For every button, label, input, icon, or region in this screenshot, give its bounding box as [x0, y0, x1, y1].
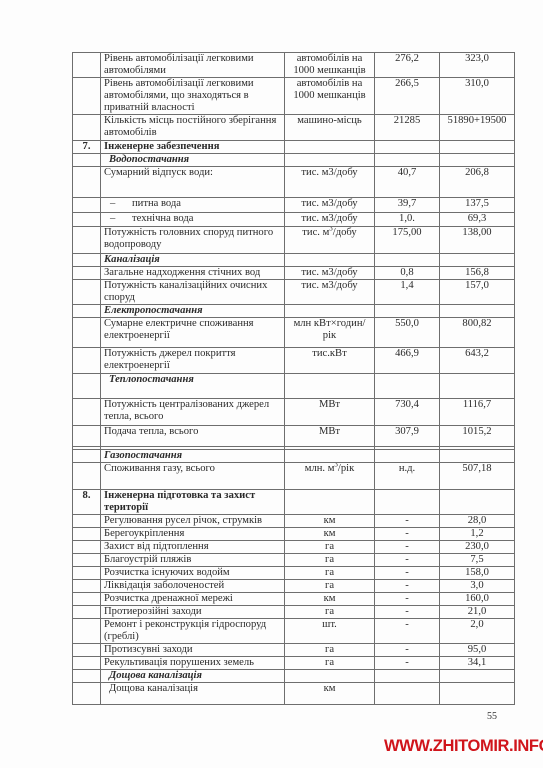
- unit-of-measure: тис. м3/добу: [285, 227, 375, 254]
- value-projected: 138,00: [440, 227, 515, 254]
- indicator-name: Інженерне забезпечення: [101, 141, 285, 154]
- list-dash: –: [104, 213, 132, 225]
- value-existing: [375, 141, 440, 154]
- row-index: [73, 657, 101, 670]
- unit-text: тис. м: [302, 227, 329, 238]
- value-projected: [440, 490, 515, 515]
- unit-of-measure: МВт: [285, 426, 375, 447]
- value-projected: 323,0: [440, 53, 515, 78]
- value-existing: [375, 305, 440, 318]
- value-existing: 21285: [375, 115, 440, 141]
- value-projected: 507,18: [440, 463, 515, 490]
- value-projected: 157,0: [440, 280, 515, 305]
- unit-of-measure: МВт: [285, 399, 375, 426]
- value-projected: [440, 141, 515, 154]
- table-row: Захист від підтопленняга-230,0: [73, 541, 515, 554]
- table-row: Кількість місць постійного зберігання ав…: [73, 115, 515, 141]
- row-index: [73, 399, 101, 426]
- unit-of-measure: [285, 490, 375, 515]
- value-projected: 156,8: [440, 267, 515, 280]
- list-dash: –: [104, 198, 132, 210]
- table-row: 8.Інженерна підготовка та захист територ…: [73, 490, 515, 515]
- indicator-name: Інженерна підготовка та захист території: [101, 490, 285, 515]
- unit-of-measure: га: [285, 580, 375, 593]
- value-projected: 51890+19500: [440, 115, 515, 141]
- unit-of-measure: га: [285, 606, 375, 619]
- unit-of-measure: тис. м3/добу: [285, 280, 375, 305]
- value-existing: 730,4: [375, 399, 440, 426]
- table-row: –питна водатис. м3/добу39,7137,5: [73, 198, 515, 213]
- indicator-name: Дощова каналізація: [101, 670, 285, 683]
- row-index: [73, 254, 101, 267]
- unit-of-measure: км: [285, 515, 375, 528]
- value-existing: [375, 670, 440, 683]
- table-row: Потужність каналізаційних очисних споруд…: [73, 280, 515, 305]
- row-index: [73, 683, 101, 705]
- table-row: Загальне надходження стічних водтис. м3/…: [73, 267, 515, 280]
- table-row: Каналізація: [73, 254, 515, 267]
- indicator-name: Протиерозійні заходи: [101, 606, 285, 619]
- site-watermark: WWW.ZHITOMIR.INFO: [384, 737, 543, 756]
- value-existing: [375, 254, 440, 267]
- value-existing: -: [375, 580, 440, 593]
- table-row: Рекультивація порушених земельга-34,1: [73, 657, 515, 670]
- row-index: [73, 115, 101, 141]
- indicator-name: –технічна вода: [101, 213, 285, 227]
- value-projected: 21,0: [440, 606, 515, 619]
- value-projected: 160,0: [440, 593, 515, 606]
- row-index: [73, 644, 101, 657]
- unit-text-tail: /добу: [333, 227, 357, 238]
- row-index: [73, 670, 101, 683]
- unit-text-tail: /рік: [338, 463, 354, 474]
- value-existing: 175,00: [375, 227, 440, 254]
- value-projected: [440, 450, 515, 463]
- indicator-name-text: технічна вода: [132, 213, 193, 224]
- unit-of-measure: [285, 141, 375, 154]
- indicator-name: Електропостачання: [101, 305, 285, 318]
- unit-of-measure: га: [285, 554, 375, 567]
- value-projected: [440, 154, 515, 167]
- row-index: [73, 305, 101, 318]
- value-existing: [375, 490, 440, 515]
- value-projected: 800,82: [440, 318, 515, 348]
- table-row: Потужність централізованих джерел тепла,…: [73, 399, 515, 426]
- indicator-name: Протизсувні заходи: [101, 644, 285, 657]
- document-page: Рівень автомобілізації легковими автомоб…: [0, 0, 543, 768]
- table-row: –технічна водатис. м3/добу1,0.69,3: [73, 213, 515, 227]
- value-existing: [375, 154, 440, 167]
- value-projected: [440, 374, 515, 399]
- value-projected: 28,0: [440, 515, 515, 528]
- table-row: Дощова каналізація: [73, 670, 515, 683]
- unit-of-measure: км: [285, 683, 375, 705]
- table-row: Потужність джерел покриття електроенергі…: [73, 348, 515, 374]
- row-index: 7.: [73, 141, 101, 154]
- table-row: Дощова каналізаціякм: [73, 683, 515, 705]
- unit-of-measure: га: [285, 644, 375, 657]
- value-existing: -: [375, 606, 440, 619]
- table-row: Подача тепла, всьогоМВт307,91015,2: [73, 426, 515, 447]
- row-index: [73, 227, 101, 254]
- value-projected: 3,0: [440, 580, 515, 593]
- row-index: [73, 267, 101, 280]
- value-projected: 1116,7: [440, 399, 515, 426]
- table-row: Ремонт і реконструкція гідроспоруд (греб…: [73, 619, 515, 644]
- value-existing: 40,7: [375, 167, 440, 198]
- indicator-name: Ліквідація заболоченостей: [101, 580, 285, 593]
- indicator-name: Загальне надходження стічних вод: [101, 267, 285, 280]
- indicator-name: Регулювання русел річок, струмків: [101, 515, 285, 528]
- value-existing: 550,0: [375, 318, 440, 348]
- table-row: Розчистка існуючих водоймга-158,0: [73, 567, 515, 580]
- table-row: Електропостачання: [73, 305, 515, 318]
- unit-of-measure: машино-місць: [285, 115, 375, 141]
- table-row: Благоустрій пляжівга-7,5: [73, 554, 515, 567]
- value-projected: 206,8: [440, 167, 515, 198]
- table-row: Протиерозійні заходига-21,0: [73, 606, 515, 619]
- table-row: Сумарний відпуск води:тис. м3/добу40,720…: [73, 167, 515, 198]
- table-row: Розчистка дренажної мережікм-160,0: [73, 593, 515, 606]
- unit-of-measure: га: [285, 567, 375, 580]
- indicator-name: Газопостачання: [101, 450, 285, 463]
- table-row: Протизсувні заходига-95,0: [73, 644, 515, 657]
- indicator-name: Каналізація: [101, 254, 285, 267]
- unit-of-measure: га: [285, 657, 375, 670]
- indicator-name: Подача тепла, всього: [101, 426, 285, 447]
- unit-of-measure: млн. м3/рік: [285, 463, 375, 490]
- unit-of-measure: автомобілів на 1000 мешканців: [285, 53, 375, 78]
- row-index: 8.: [73, 490, 101, 515]
- table-row: Сумарне електричне споживання електроене…: [73, 318, 515, 348]
- indicator-name: Благоустрій пляжів: [101, 554, 285, 567]
- value-projected: 34,1: [440, 657, 515, 670]
- indicator-name: Захист від підтоплення: [101, 541, 285, 554]
- indicator-name: Споживання газу, всього: [101, 463, 285, 490]
- page-number: 55: [487, 711, 497, 722]
- value-existing: -: [375, 528, 440, 541]
- indicator-name: Дощова каналізація: [101, 683, 285, 705]
- table-row: Регулювання русел річок, струмківкм-28,0: [73, 515, 515, 528]
- value-projected: [440, 683, 515, 705]
- unit-of-measure: тис. м3/добу: [285, 167, 375, 198]
- unit-text: млн. м: [305, 463, 335, 474]
- unit-of-measure: тис. м3/добу: [285, 267, 375, 280]
- indicator-name: Рівень автомобілізації легковими автомоб…: [101, 53, 285, 78]
- row-index: [73, 463, 101, 490]
- value-existing: -: [375, 619, 440, 644]
- table-row: Рівень автомобілізації легковими автомоб…: [73, 78, 515, 115]
- unit-of-measure: тис.кВт: [285, 348, 375, 374]
- value-projected: 158,0: [440, 567, 515, 580]
- row-index: [73, 619, 101, 644]
- engineering-indicators-table: Рівень автомобілізації легковими автомоб…: [72, 52, 515, 705]
- row-index: [73, 593, 101, 606]
- unit-of-measure: [285, 254, 375, 267]
- row-index: [73, 53, 101, 78]
- value-projected: 95,0: [440, 644, 515, 657]
- row-index: [73, 374, 101, 399]
- indicator-name: Сумарний відпуск води:: [101, 167, 285, 198]
- row-index: [73, 515, 101, 528]
- value-existing: -: [375, 593, 440, 606]
- unit-of-measure: [285, 670, 375, 683]
- value-existing: [375, 374, 440, 399]
- indicator-name: –питна вода: [101, 198, 285, 213]
- unit-of-measure: га: [285, 541, 375, 554]
- unit-of-measure: км: [285, 593, 375, 606]
- value-existing: [375, 683, 440, 705]
- indicator-name: Рекультивація порушених земель: [101, 657, 285, 670]
- value-existing: 307,9: [375, 426, 440, 447]
- value-projected: [440, 254, 515, 267]
- value-projected: 1015,2: [440, 426, 515, 447]
- value-existing: -: [375, 657, 440, 670]
- row-index: [73, 580, 101, 593]
- indicator-name: Ремонт і реконструкція гідроспоруд (греб…: [101, 619, 285, 644]
- value-existing: -: [375, 541, 440, 554]
- indicator-name: Водопостачання: [101, 154, 285, 167]
- value-existing: 0,8: [375, 267, 440, 280]
- value-existing: [375, 450, 440, 463]
- unit-of-measure: автомобілів на 1000 мешканців: [285, 78, 375, 115]
- table-row: Потужність головних споруд питного водоп…: [73, 227, 515, 254]
- value-existing: 266,5: [375, 78, 440, 115]
- row-index: [73, 318, 101, 348]
- value-existing: 466,9: [375, 348, 440, 374]
- table-row: Ліквідація заболоченостейга-3,0: [73, 580, 515, 593]
- table-row: 7.Інженерне забезпечення: [73, 141, 515, 154]
- indicator-name: Рівень автомобілізації легковими автомоб…: [101, 78, 285, 115]
- indicator-name: Потужність централізованих джерел тепла,…: [101, 399, 285, 426]
- table-row: Споживання газу, всьогомлн. м3/рікн.д.50…: [73, 463, 515, 490]
- table-row: Газопостачання: [73, 450, 515, 463]
- value-existing: 276,2: [375, 53, 440, 78]
- indicator-name: Розчистка дренажної мережі: [101, 593, 285, 606]
- value-existing: -: [375, 644, 440, 657]
- value-projected: 643,2: [440, 348, 515, 374]
- value-projected: 230,0: [440, 541, 515, 554]
- unit-of-measure: шт.: [285, 619, 375, 644]
- unit-of-measure: тис. м3/добу: [285, 213, 375, 227]
- unit-of-measure: [285, 450, 375, 463]
- value-projected: 310,0: [440, 78, 515, 115]
- value-existing: -: [375, 515, 440, 528]
- value-existing: -: [375, 567, 440, 580]
- row-index: [73, 213, 101, 227]
- row-index: [73, 167, 101, 198]
- value-existing: -: [375, 554, 440, 567]
- indicator-name: Берегоукріплення: [101, 528, 285, 541]
- indicator-name: Теплопостачання: [101, 374, 285, 399]
- unit-of-measure: тис. м3/добу: [285, 198, 375, 213]
- value-projected: 2,0: [440, 619, 515, 644]
- row-index: [73, 78, 101, 115]
- row-index: [73, 528, 101, 541]
- value-projected: [440, 670, 515, 683]
- unit-of-measure: [285, 374, 375, 399]
- row-index: [73, 554, 101, 567]
- value-existing: 1,0.: [375, 213, 440, 227]
- unit-of-measure: млн кВт×годин/рік: [285, 318, 375, 348]
- row-index: [73, 426, 101, 447]
- value-projected: 7,5: [440, 554, 515, 567]
- row-index: [73, 154, 101, 167]
- table-row: Теплопостачання: [73, 374, 515, 399]
- value-projected: [440, 305, 515, 318]
- value-existing: 1,4: [375, 280, 440, 305]
- unit-of-measure: [285, 154, 375, 167]
- table-row: Водопостачання: [73, 154, 515, 167]
- row-index: [73, 198, 101, 213]
- row-index: [73, 567, 101, 580]
- row-index: [73, 606, 101, 619]
- row-index: [73, 450, 101, 463]
- table-row: Берегоукріпленнякм-1,2: [73, 528, 515, 541]
- indicator-name: Потужність головних споруд питного водоп…: [101, 227, 285, 254]
- table-row: Рівень автомобілізації легковими автомоб…: [73, 53, 515, 78]
- indicator-name: Сумарне електричне споживання електроене…: [101, 318, 285, 348]
- row-index: [73, 280, 101, 305]
- indicator-name: Розчистка існуючих водойм: [101, 567, 285, 580]
- unit-of-measure: [285, 305, 375, 318]
- value-existing: 39,7: [375, 198, 440, 213]
- row-index: [73, 541, 101, 554]
- indicator-name: Потужність джерел покриття електроенергі…: [101, 348, 285, 374]
- unit-of-measure: км: [285, 528, 375, 541]
- indicator-name: Потужність каналізаційних очисних споруд: [101, 280, 285, 305]
- value-existing: н.д.: [375, 463, 440, 490]
- value-projected: 69,3: [440, 213, 515, 227]
- row-index: [73, 348, 101, 374]
- value-projected: 1,2: [440, 528, 515, 541]
- indicator-name: Кількість місць постійного зберігання ав…: [101, 115, 285, 141]
- indicator-name-text: питна вода: [132, 198, 181, 209]
- value-projected: 137,5: [440, 198, 515, 213]
